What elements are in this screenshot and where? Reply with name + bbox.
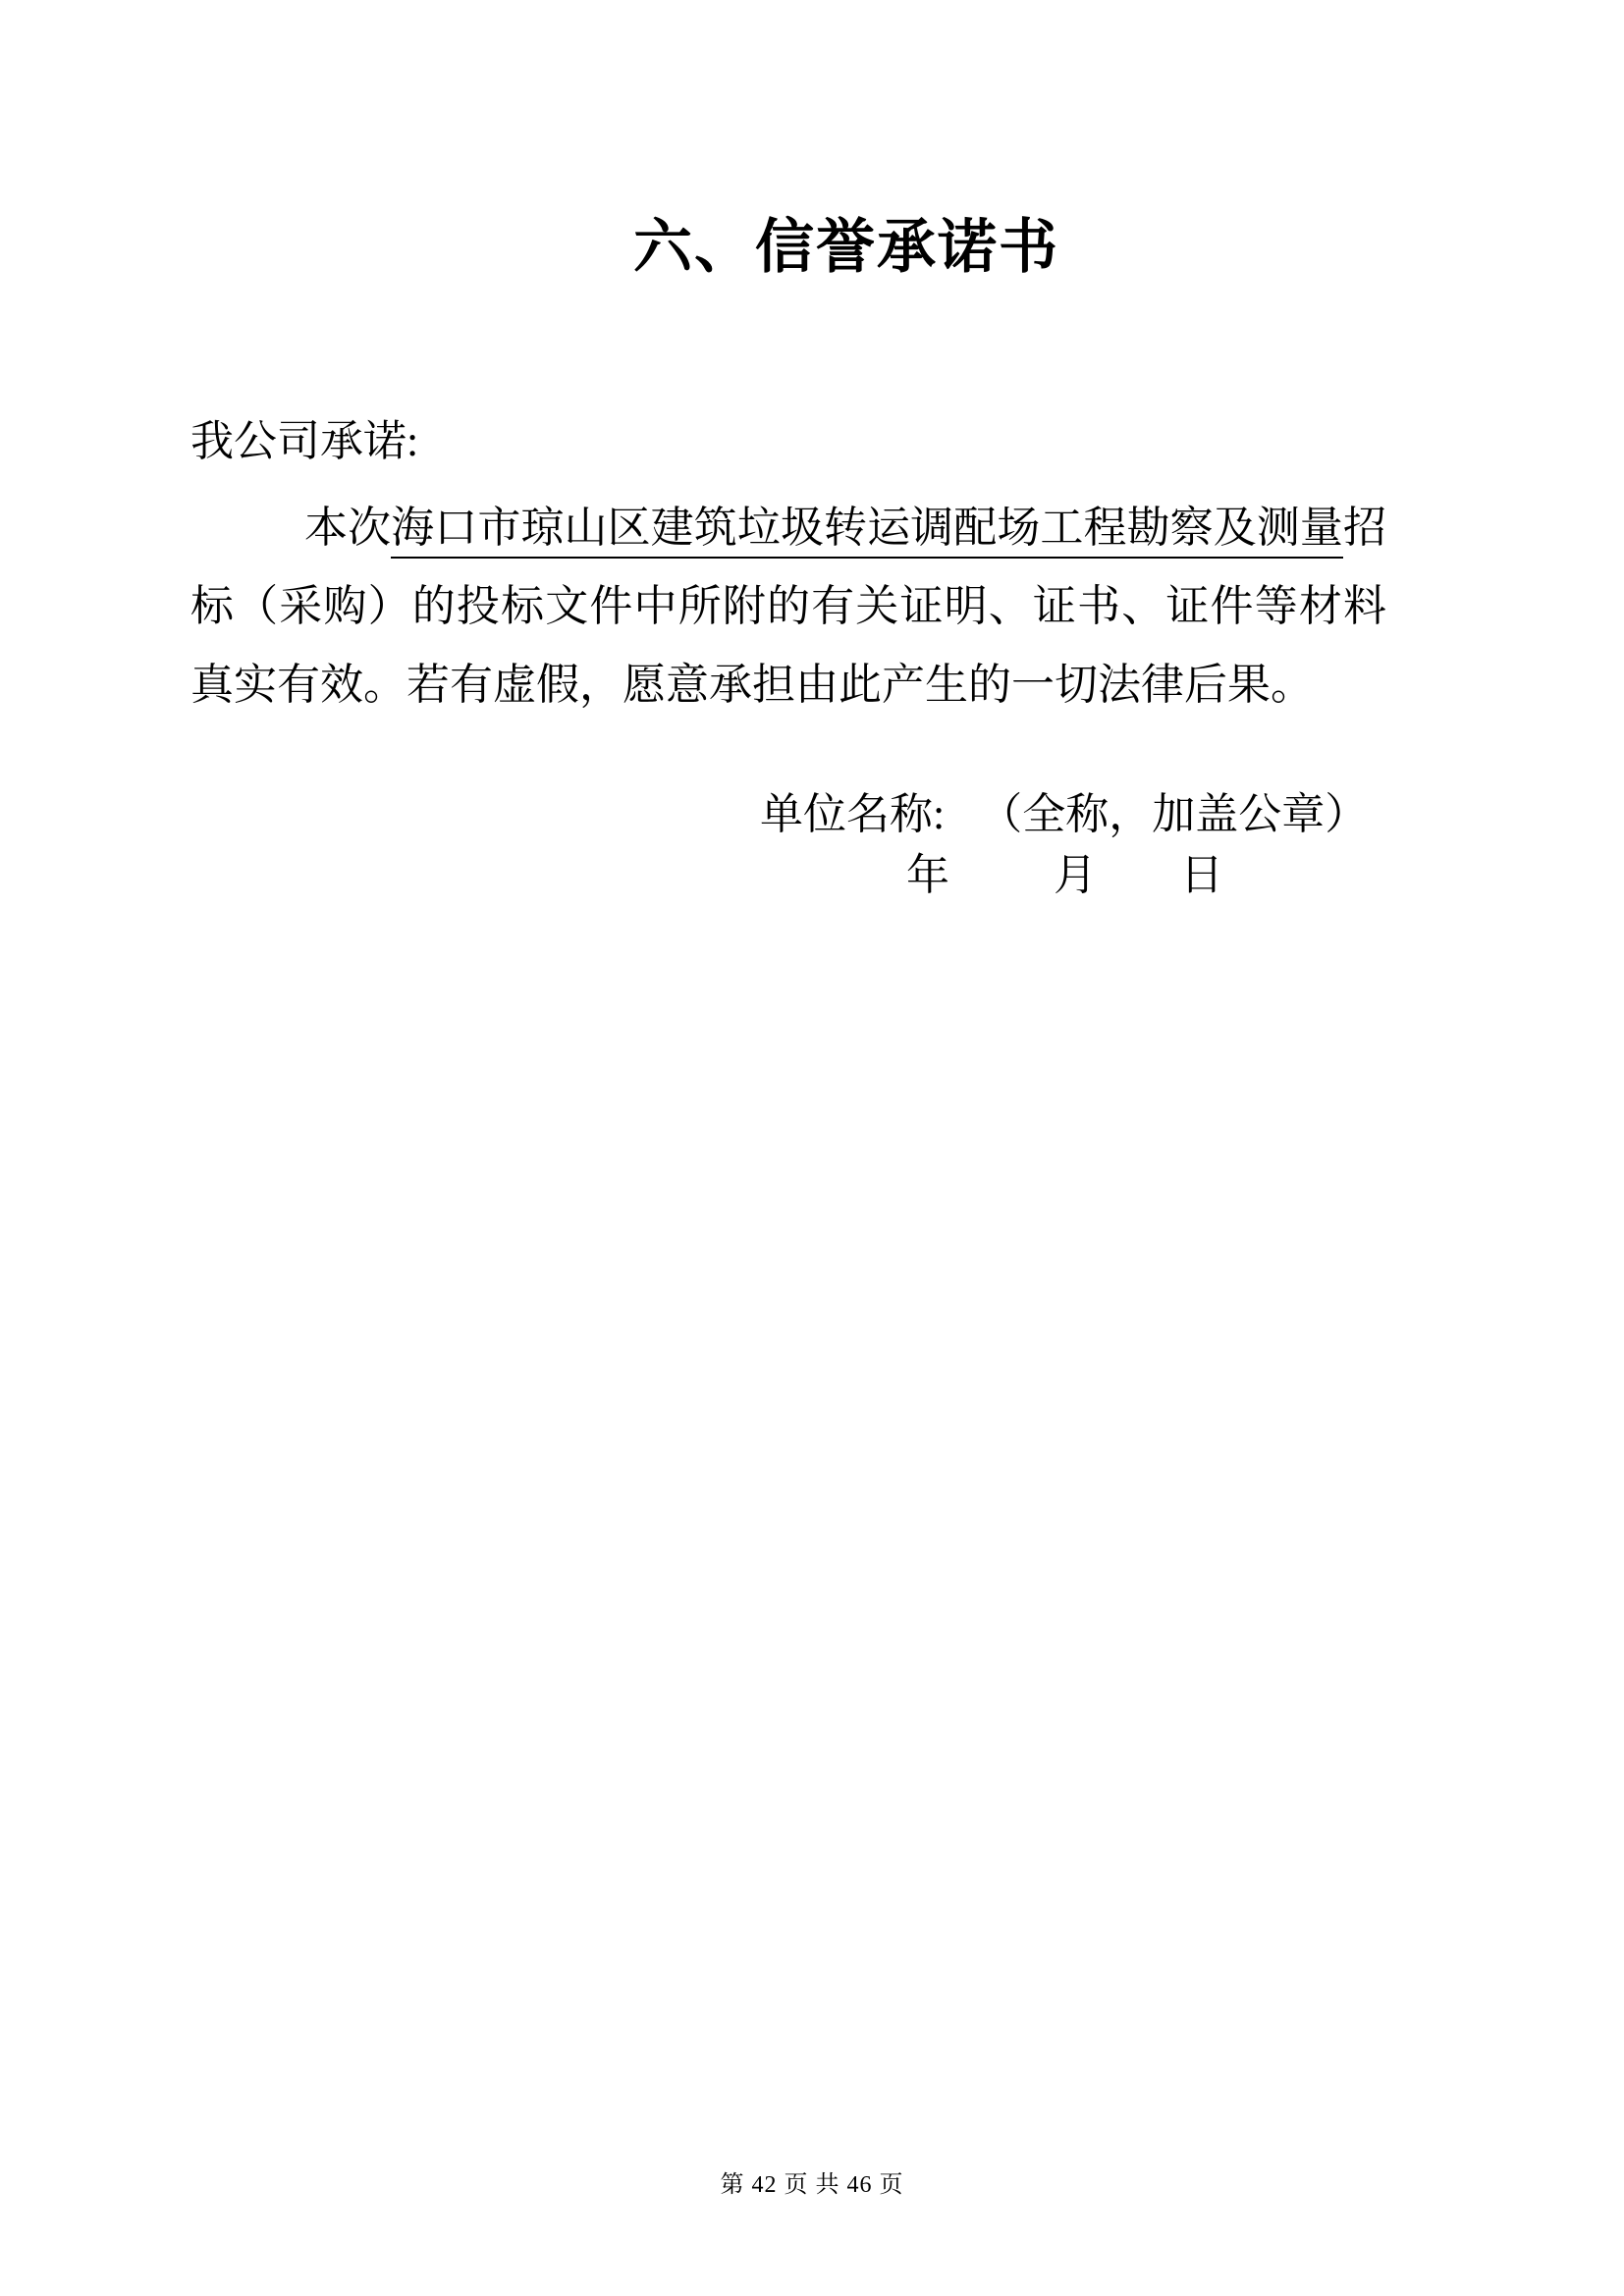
project-name-underlined: 海口市琼山区建筑垃圾转运调配场工程勘察及测量 [391, 504, 1343, 559]
month-label: 月 [1054, 851, 1097, 899]
unit-name-label: 单位名称: [760, 790, 945, 838]
document-title: 六、信誉承诺书 [633, 214, 1059, 282]
paragraph-line1-prefix: 本次 [304, 504, 391, 552]
year-label: 年 [906, 851, 949, 899]
paragraph-line-2: 标（采购）的投标文件中所附的有关证明、证书、证件等材料 [190, 567, 1386, 646]
promise-intro-label: 我公司承诺: [190, 416, 418, 468]
document-page: 六、信誉承诺书 我公司承诺: 本次海口市琼山区建筑垃圾转运调配场工程勘察及测量招… [0, 0, 1624, 2296]
signature-unit-row: 单位名称: （全称，加盖公章） [760, 784, 1368, 845]
signature-block: 单位名称: （全称，加盖公章） 年 月 日 [760, 784, 1368, 906]
paragraph-line-3: 真实有效。若有虚假，愿意承担由此产生的一切法律后果。 [190, 646, 1386, 724]
paragraph-line1-suffix: 招 [1343, 504, 1386, 552]
day-label: 日 [1180, 851, 1223, 899]
commitment-paragraph: 本次海口市琼山区建筑垃圾转运调配场工程勘察及测量招 标（采购）的投标文件中所附的… [190, 489, 1386, 724]
unit-name-seal-hint: （全称，加盖公章） [979, 790, 1368, 838]
signature-date-row: 年 月 日 [906, 845, 1368, 906]
page-number-footer: 第 42 页 共 46 页 [0, 2171, 1624, 2200]
paragraph-line-1: 本次海口市琼山区建筑垃圾转运调配场工程勘察及测量招 [190, 489, 1386, 567]
